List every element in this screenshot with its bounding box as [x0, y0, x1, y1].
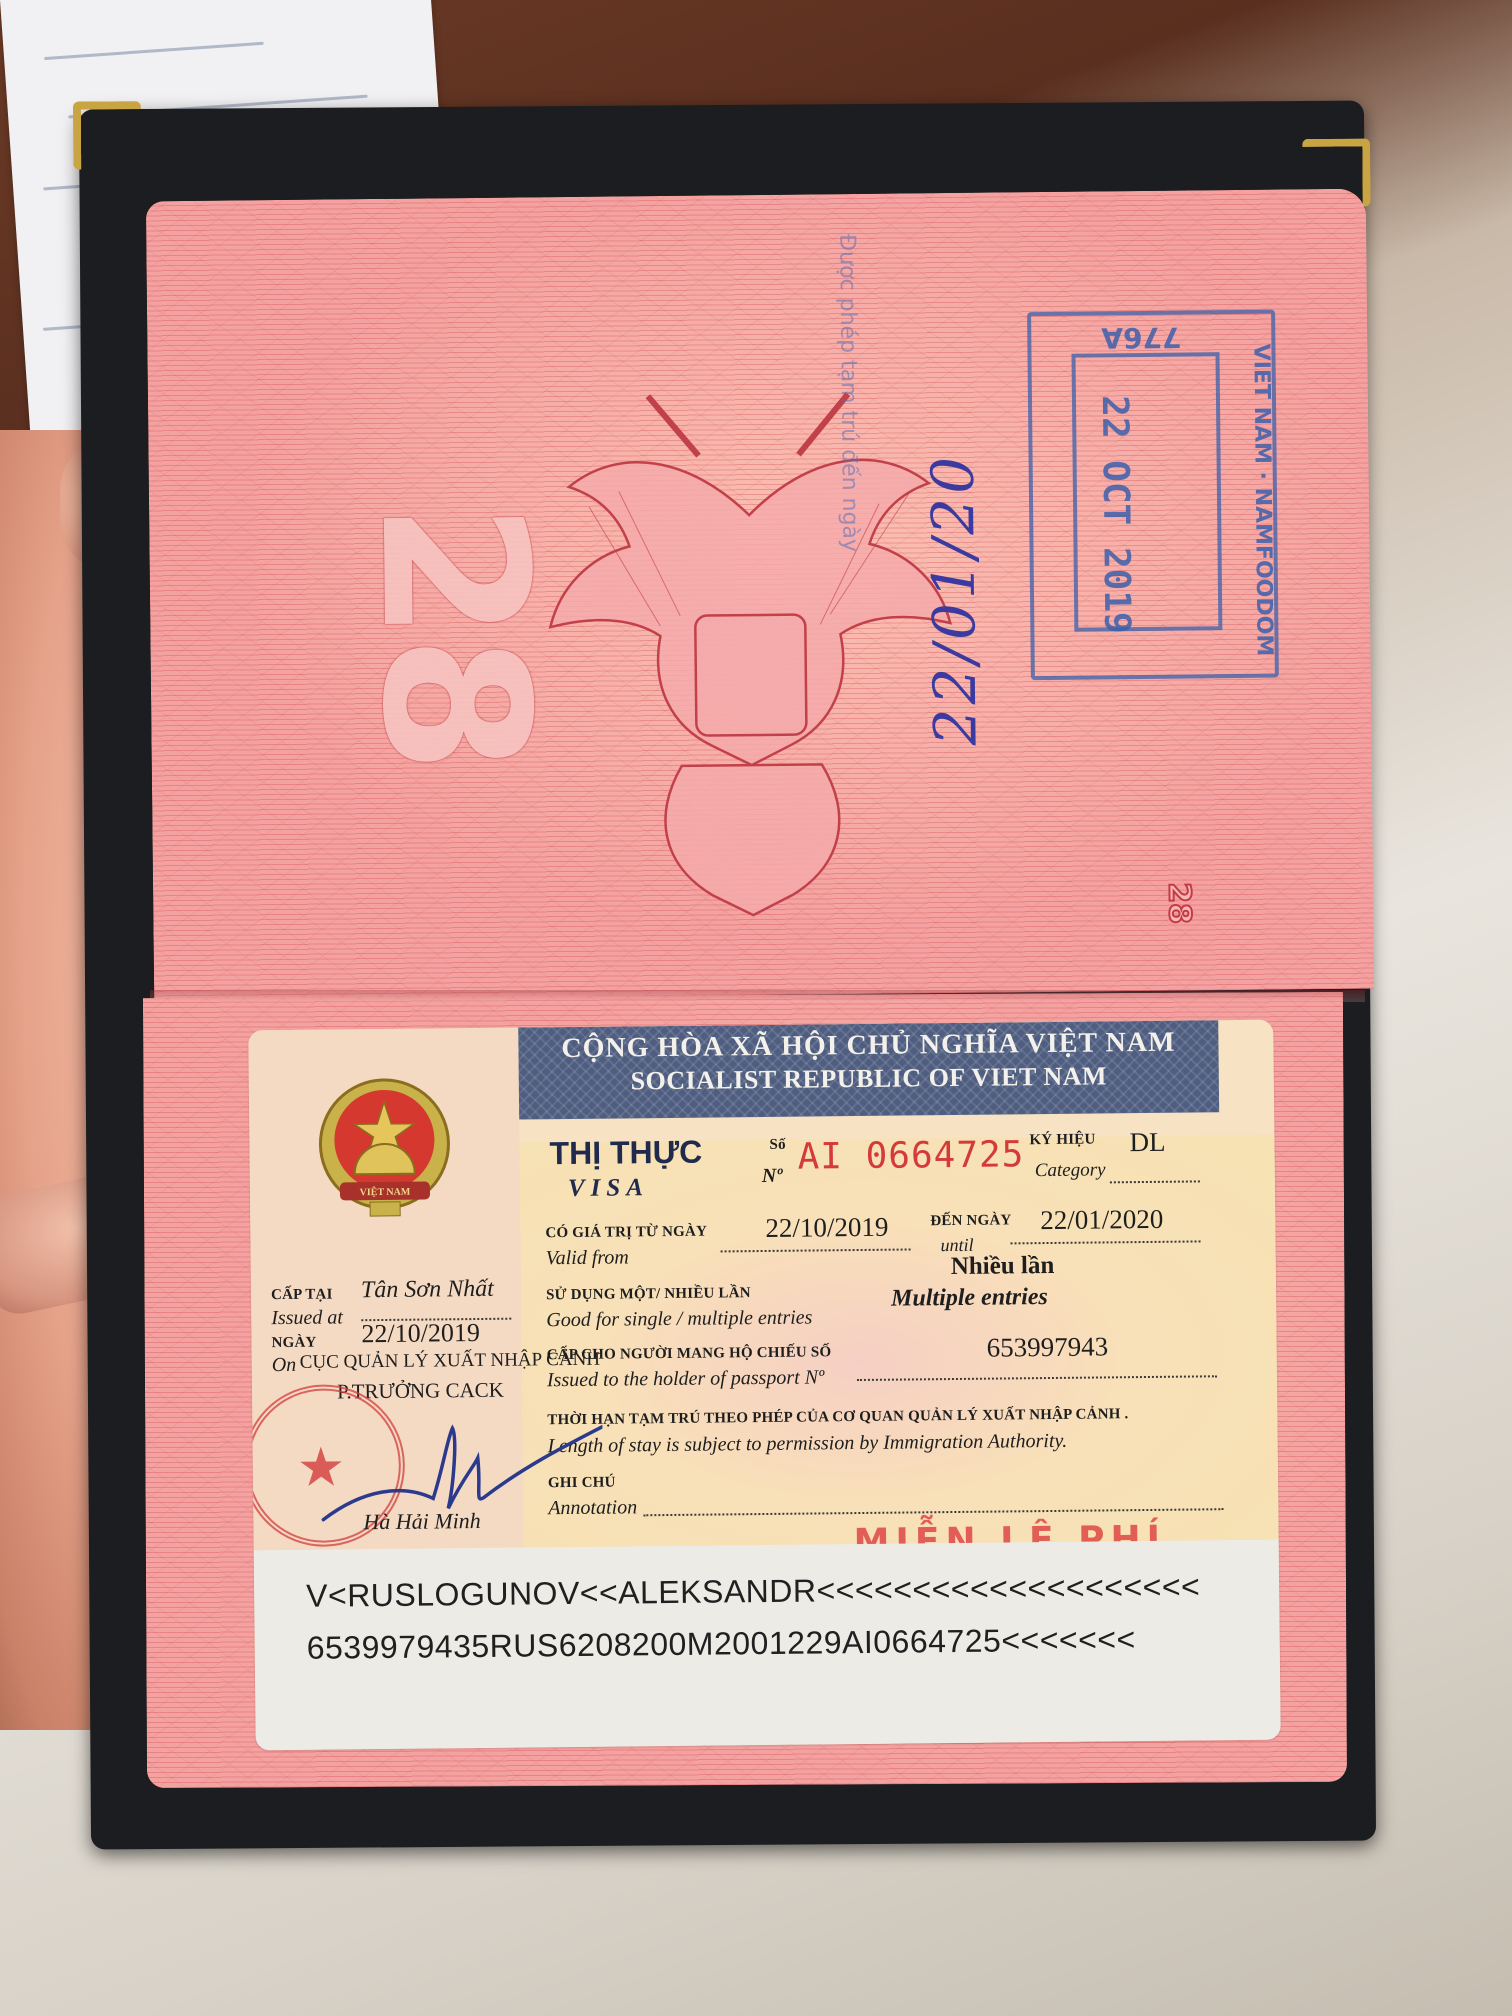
entry-stamp-border-text: VIET NAM · NAMFOODOM [1248, 344, 1276, 674]
visa-title-english: VISA [568, 1174, 649, 1203]
handwritten-date: 22/01/20 [919, 453, 990, 746]
faint-stay-stamp: Được phép tạm trú đến ngày [831, 234, 864, 552]
entry-stamp-code: 776A [1101, 321, 1181, 355]
page-number-large: 28 [336, 500, 572, 769]
vietnam-national-emblem-icon: VIỆT NAM [309, 1073, 461, 1225]
issued-at-value: Tân Sơn Nhất [361, 1276, 494, 1304]
entries-label-en: Good for single / multiple entries [546, 1306, 812, 1332]
valid-from-label-en: Valid from [546, 1246, 629, 1270]
page-number-small: 28 [1161, 882, 1196, 924]
category-label-en: Category [1035, 1159, 1106, 1182]
scribble [44, 42, 264, 60]
visa-title-vietnamese: THỊ THỰC [549, 1134, 702, 1173]
issue-date-value: 22/10/2019 [361, 1318, 480, 1349]
valid-until-value: 22/01/2020 [1040, 1204, 1163, 1236]
header-vietnamese: CỘNG HÒA XÃ HỘI CHỦ NGHĨA VIỆT NAM [518, 1026, 1218, 1065]
entries-value-en: Multiple entries [891, 1284, 1048, 1313]
cover-corner-top-left [73, 101, 141, 169]
valid-from-value: 22/10/2019 [765, 1212, 888, 1244]
visa-header-band: CỘNG HÒA XÃ HỘI CHỦ NGHĨA VIỆT NAM SOCIA… [518, 1020, 1219, 1119]
double-headed-eagle-icon [528, 363, 974, 928]
entry-stamp-date: 22 OCT 2019 [1094, 395, 1137, 634]
issue-date-label-vn: NGÀY [271, 1335, 316, 1352]
issue-date-label-en: On [272, 1354, 297, 1377]
number-label-vn: Số [769, 1137, 785, 1154]
mrz-line-2: 6539979435RUS6208200M2001229AI0664725<<<… [307, 1621, 1136, 1667]
entry-stamp: 776A 22 OCT 2019 VIET NAM · NAMFOODOM [1027, 310, 1279, 681]
entries-label-vn: SỬ DỤNG MỘT/ NHIỀU LẦN [546, 1285, 751, 1304]
issued-at-label-vn: CẤP TẠI [271, 1287, 333, 1305]
category-label-vn: KÝ HIỆU [1029, 1132, 1095, 1150]
issued-at-label-en: Issued at [271, 1306, 343, 1330]
passport-page-upper: 28 28 Được phép tạm trú đến ngày 776A 22… [146, 189, 1374, 1002]
number-label-en: Nº [762, 1165, 783, 1188]
header-english: SOCIALIST REPUBLIC OF VIET NAM [519, 1060, 1219, 1097]
valid-until-label-vn: ĐẾN NGÀY [930, 1212, 1011, 1230]
visa-number: AI 0664725 [797, 1134, 1024, 1177]
machine-readable-zone: V<RUSLOGUNOV<<ALEKSANDR<<<<<<<<<<<<<<<<<… [254, 1540, 1281, 1751]
issuing-office: CỤC QUẢN LÝ XUẤT NHẬP CẢNH [300, 1349, 601, 1374]
valid-from-label-vn: CÓ GIÁ TRỊ TỪ NGÀY [545, 1224, 707, 1243]
emblem-label: VIỆT NAM [360, 1185, 411, 1199]
visa-sticker: CỘNG HÒA XÃ HỘI CHỦ NGHĨA VIỆT NAM SOCIA… [248, 1020, 1280, 1751]
passport-number-value: 653997943 [986, 1331, 1108, 1363]
page-fold [150, 990, 1365, 1002]
category-value: DL [1129, 1127, 1165, 1158]
mrz-line-1: V<RUSLOGUNOV<<ALEKSANDR<<<<<<<<<<<<<<<<<… [306, 1568, 1200, 1614]
entries-value-vn: Nhiều lần [951, 1252, 1055, 1281]
signatory-name: Hà Hải Minh [363, 1508, 481, 1535]
